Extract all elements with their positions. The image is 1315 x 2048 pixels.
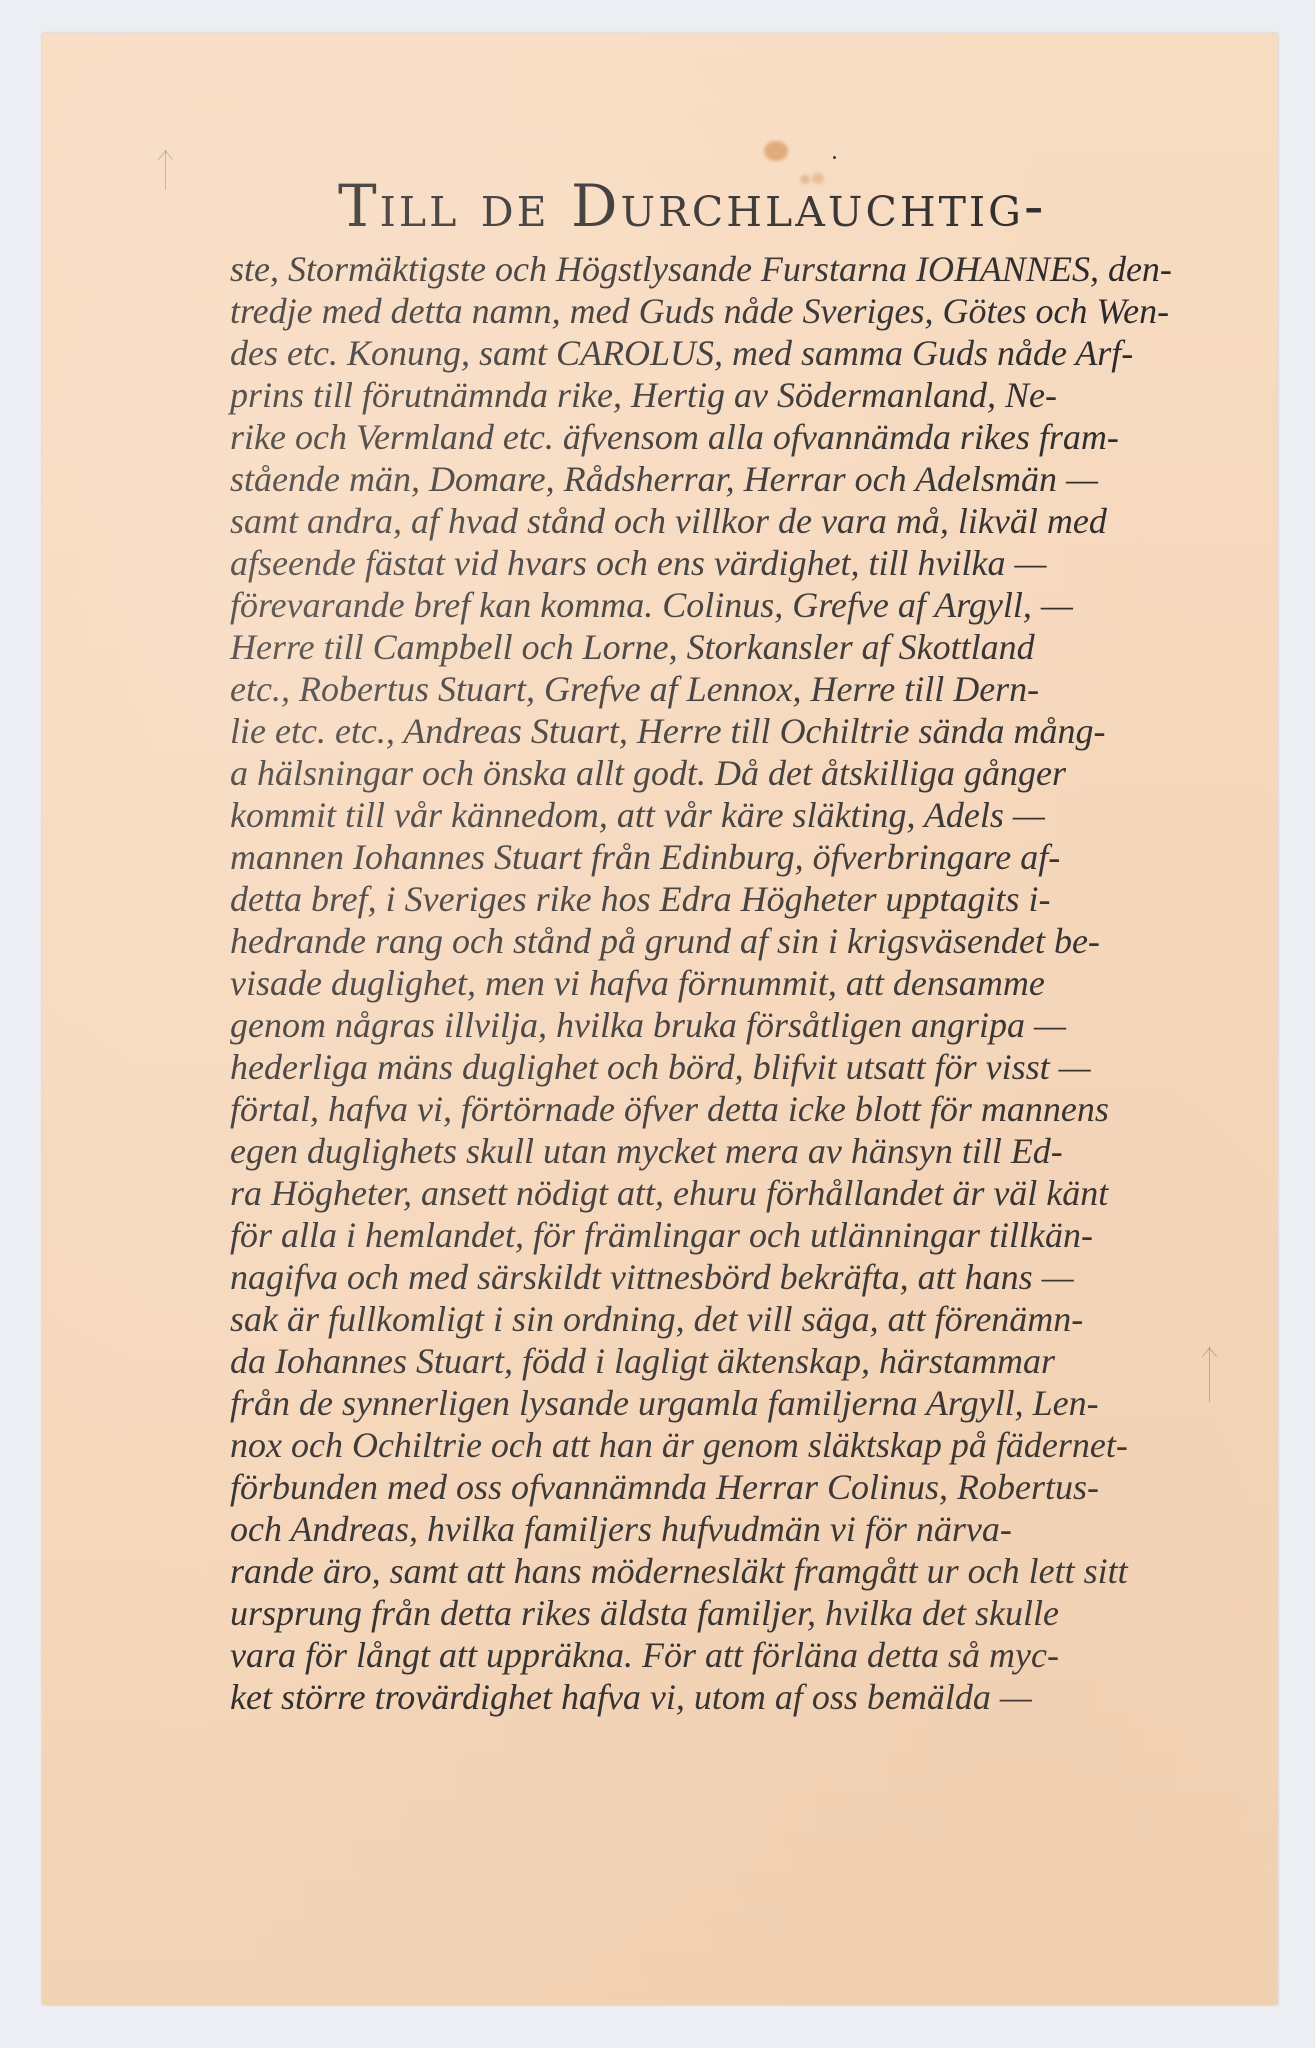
stain-mark [833, 156, 836, 159]
letter-line: från de synnerligen lysande urgamla fami… [230, 1382, 1180, 1424]
letter-body: ste, Stormäktigste och Högstlysande Furs… [230, 248, 1180, 1718]
letter-line: förbunden med oss ofvannämnda Herrar Col… [230, 1466, 1180, 1508]
letter-line: nagifva och med särskildt vittnesbörd be… [230, 1256, 1180, 1298]
letter-line: da Iohannes Stuart, född i lagligt äkten… [230, 1340, 1180, 1382]
letter-line: förevarande bref kan komma. Colinus, Gre… [230, 584, 1180, 626]
letter-line: visade duglighet, men vi hafva förnummit… [230, 962, 1180, 1004]
letter-line: ket större trovärdighet hafva vi, utom a… [230, 1676, 1180, 1718]
letter-text: Till de Durchlauchtig- ste, Stormäktigst… [230, 170, 1180, 1718]
letter-line: detta bref, i Sveriges rike hos Edra Hög… [230, 878, 1180, 920]
letter-line: egen duglighets skull utan mycket mera a… [230, 1130, 1180, 1172]
letter-line: genom någras illvilja, hvilka bruka förs… [230, 1004, 1180, 1046]
letter-line: rike och Vermland etc. äfvensom alla ofv… [230, 416, 1180, 458]
letter-line: prins till förutnämnda rike, Hertig av S… [230, 374, 1180, 416]
letter-line: nox och Ochiltrie och att han är genom s… [230, 1424, 1180, 1466]
letter-line: Herre till Campbell och Lorne, Storkansl… [230, 626, 1180, 668]
letter-line: förtal, hafva vi, förtörnade öfver detta… [230, 1088, 1180, 1130]
letter-line: etc., Robertus Stuart, Grefve af Lennox,… [230, 668, 1180, 710]
letter-line: rande äro, samt att hans mödernesläkt fr… [230, 1550, 1180, 1592]
letter-line: för alla i hemlandet, för främlingar och… [230, 1214, 1180, 1256]
letter-line: mannen Iohannes Stuart från Edinburg, öf… [230, 836, 1180, 878]
letter-line: sak är fullkomligt i sin ordning, det vi… [230, 1298, 1180, 1340]
manuscript-page: Till de Durchlauchtig- ste, Stormäktigst… [42, 33, 1278, 2005]
letter-line: afseende fästat vid hvars och ens värdig… [230, 542, 1180, 584]
pencil-arrow-icon [165, 150, 166, 190]
letter-line: ursprung från detta rikes äldsta familje… [230, 1592, 1180, 1634]
stain-mark [764, 141, 788, 161]
letter-line: kommit till vår kännedom, att vår käre s… [230, 794, 1180, 836]
letter-line: tredje med detta namn, med Guds nåde Sve… [230, 290, 1180, 332]
letter-line: hedrande rang och stånd på grund af sin … [230, 920, 1180, 962]
letter-line: lie etc. etc., Andreas Stuart, Herre til… [230, 710, 1180, 752]
pencil-arrow-icon [1209, 1347, 1210, 1402]
letter-line: des etc. Konung, samt CAROLUS, med samma… [230, 332, 1180, 374]
letter-line: vara för långt att uppräkna. För att för… [230, 1634, 1180, 1676]
letter-line: ste, Stormäktigste och Högstlysande Furs… [230, 248, 1180, 290]
letter-line: samt andra, af hvad stånd och villkor de… [230, 500, 1180, 542]
letter-line: och Andreas, hvilka familjers hufvudmän … [230, 1508, 1180, 1550]
letter-line: hederliga mäns duglighet och börd, blifv… [230, 1046, 1180, 1088]
letter-line: a hälsningar och önska allt godt. Då det… [230, 752, 1180, 794]
letter-heading: Till de Durchlauchtig- [338, 170, 1180, 248]
letter-line: ra Högheter, ansett nödigt att, ehuru fö… [230, 1172, 1180, 1214]
letter-line: stående män, Domare, Rådsherrar, Herrar … [230, 458, 1180, 500]
